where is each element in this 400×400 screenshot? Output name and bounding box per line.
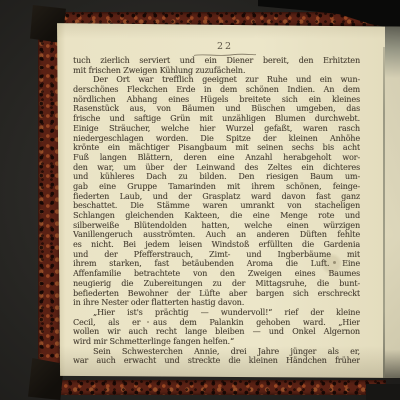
text-line: es nicht. Bei jedem leisen Windstoß erfü… [73, 240, 360, 250]
text-line: Schlangen gleichenden Kakteen, die eine … [73, 211, 360, 221]
text-line: den war, um über der Leinwand des Zeltes… [73, 163, 360, 173]
text-line: in ihre Nester oder flatterten hastig da… [73, 298, 360, 308]
text-line: Einige Sträucher, welche hier Wurzel gef… [73, 124, 360, 134]
cover-corner-bottom-left [28, 358, 64, 400]
underlying-page-edge [385, 21, 400, 378]
text-line: beschattet. Die Stämme waren umrankt von… [73, 201, 360, 211]
text-line: befiederten Bewohner der Lüfte aber barg… [73, 289, 360, 299]
page-number: 22 [217, 41, 233, 52]
text-line: Sein Schwesterchen Annie, drei Jahre jün… [73, 347, 360, 357]
text-line: Affenfamilie betrachtete von den Zweigen… [73, 269, 360, 279]
book-page: 22 tuch zierlich serviert und ein Diener… [57, 21, 400, 378]
text-line: Cecil, als er aus dem Palankin gehoben w… [73, 318, 360, 328]
text-line: silberweiße Blütendolden hatten, welche … [73, 221, 360, 231]
book-cover-left-edge [38, 10, 60, 394]
text-line: fiederten Laub, und der Grasplatz ward d… [73, 192, 360, 202]
text-line: mit frischen Zweigen Kühlung zuzufächeln… [73, 66, 360, 76]
page-header: 22 [157, 34, 293, 58]
text-line: niedergeschlagen worden. Die Spitze der … [73, 134, 360, 144]
text-line: Rasenstück aus, von Bäumen und Büschen u… [73, 104, 360, 114]
text-line: ihrem starken, fast betäubenden Aroma di… [73, 259, 360, 269]
page-speck [147, 321, 149, 323]
text-line: gab eine Gruppe Tamarinden mit ihrem sch… [73, 182, 360, 192]
text-line: krönte ein mächtiger Pisangbaum mit sein… [73, 143, 360, 153]
text-line: wollen wir auch recht lange bleiben — un… [73, 327, 360, 337]
page-speck [333, 261, 336, 264]
text-line: und der Pfefferstrauch, Zimt- und Ingber… [73, 250, 360, 260]
text-line: Der Ort war trefflich geeignet zur Ruhe … [73, 75, 360, 85]
text-line: und kühleres Dach zu bilden. Den riesige… [73, 172, 360, 182]
text-line: war auch erwacht und streckte die kleine… [73, 356, 360, 366]
book-photo-scene: 22 tuch zierlich serviert und ein Diener… [0, 0, 400, 400]
book-cover-bottom-edge [56, 380, 386, 395]
text-line: wird mir Schmetterlinge fangen helfen.“ [73, 337, 360, 347]
text-line: nördlichen Abhang eines Hügels breitete … [73, 95, 360, 105]
text-line: neugierig die Zubereitungen zu der Mitta… [73, 279, 360, 289]
text-line: „Hier ist's prächtig — wundervoll!“ rief… [73, 308, 360, 318]
text-line: frische und saftige Grün mit unzähligen … [73, 114, 360, 124]
text-block: tuch zierlich serviert und ein Diener be… [73, 56, 360, 366]
bottom-right-shadow [366, 384, 400, 400]
text-line: Fuß langen Blättern, deren eine Anzahl h… [73, 153, 360, 163]
text-line: derschönes Fleckchen Erde in dem schönen… [73, 85, 360, 95]
text-line: Vanillengeruch ausströmten. Auch an ande… [73, 230, 360, 240]
text-line: tuch zierlich serviert und ein Diener be… [73, 56, 360, 66]
